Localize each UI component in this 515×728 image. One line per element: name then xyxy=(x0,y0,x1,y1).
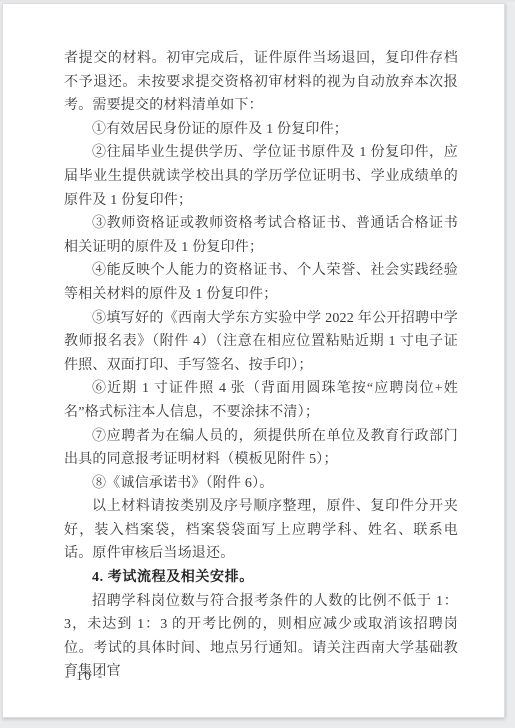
page-body-text: 者提交的材料。初审完成后，证件原件当场退回，复印件存档不予退还。未按要求提交资格… xyxy=(64,47,458,684)
list-item-1: ①有效居民身份证的原件及 1 份复印件； xyxy=(64,118,458,142)
list-item-6: ⑥近期 1 寸证件照 4 张（背面用圆珠笔按“应聘岗位+姓名”格式标注本人信息，… xyxy=(64,377,458,424)
list-item-8: ⑧《诚信承诺书》（附件 6）。 xyxy=(64,472,458,496)
section-heading-exam-process: 4. 考试流程及相关安排。 xyxy=(64,566,458,590)
list-item-2: ②往届毕业生提供学历、学位证书原件及 1 份复印件，应届毕业生提供就读学校出具的… xyxy=(64,141,458,212)
list-item-7: ⑦应聘者为在编人员的，须提供所在单位及教育行政部门出具的同意报考证明材料（模板见… xyxy=(64,425,458,472)
paragraph-materials-summary: 以上材料请按类别及序号顺序整理，原件、复印件分开夹好，装入档案袋，档案袋袋面写上… xyxy=(64,495,458,566)
list-item-4: ④能反映个人能力的资格证书、个人荣誉、社会实践经验等相关材料的原件及 1 份复印… xyxy=(64,259,458,306)
document-viewer-canvas: 者提交的材料。初审完成后，证件原件当场退回，复印件存档不予退还。未按要求提交资格… xyxy=(0,0,515,728)
list-item-3: ③教师资格证或教师资格考试合格证书、普通话合格证书相关证明的原件及 1 份复印件… xyxy=(64,212,458,259)
paragraph-continuation: 者提交的材料。初审完成后，证件原件当场退回，复印件存档不予退还。未按要求提交资格… xyxy=(64,47,458,118)
document-page: 者提交的材料。初审完成后，证件原件当场退回，复印件存档不予退还。未按要求提交资格… xyxy=(2,3,505,718)
list-item-5: ⑤填写好的《西南大学东方实验中学 2022 年公开招聘中学教师报名表》（附件 4… xyxy=(64,307,458,378)
page-number: - 10 - xyxy=(65,669,104,684)
paragraph-exam-ratio: 招聘学科岗位数与符合报考条件的人数的比例不低于 1：3，未达到 1：3 的开考比… xyxy=(64,590,458,684)
